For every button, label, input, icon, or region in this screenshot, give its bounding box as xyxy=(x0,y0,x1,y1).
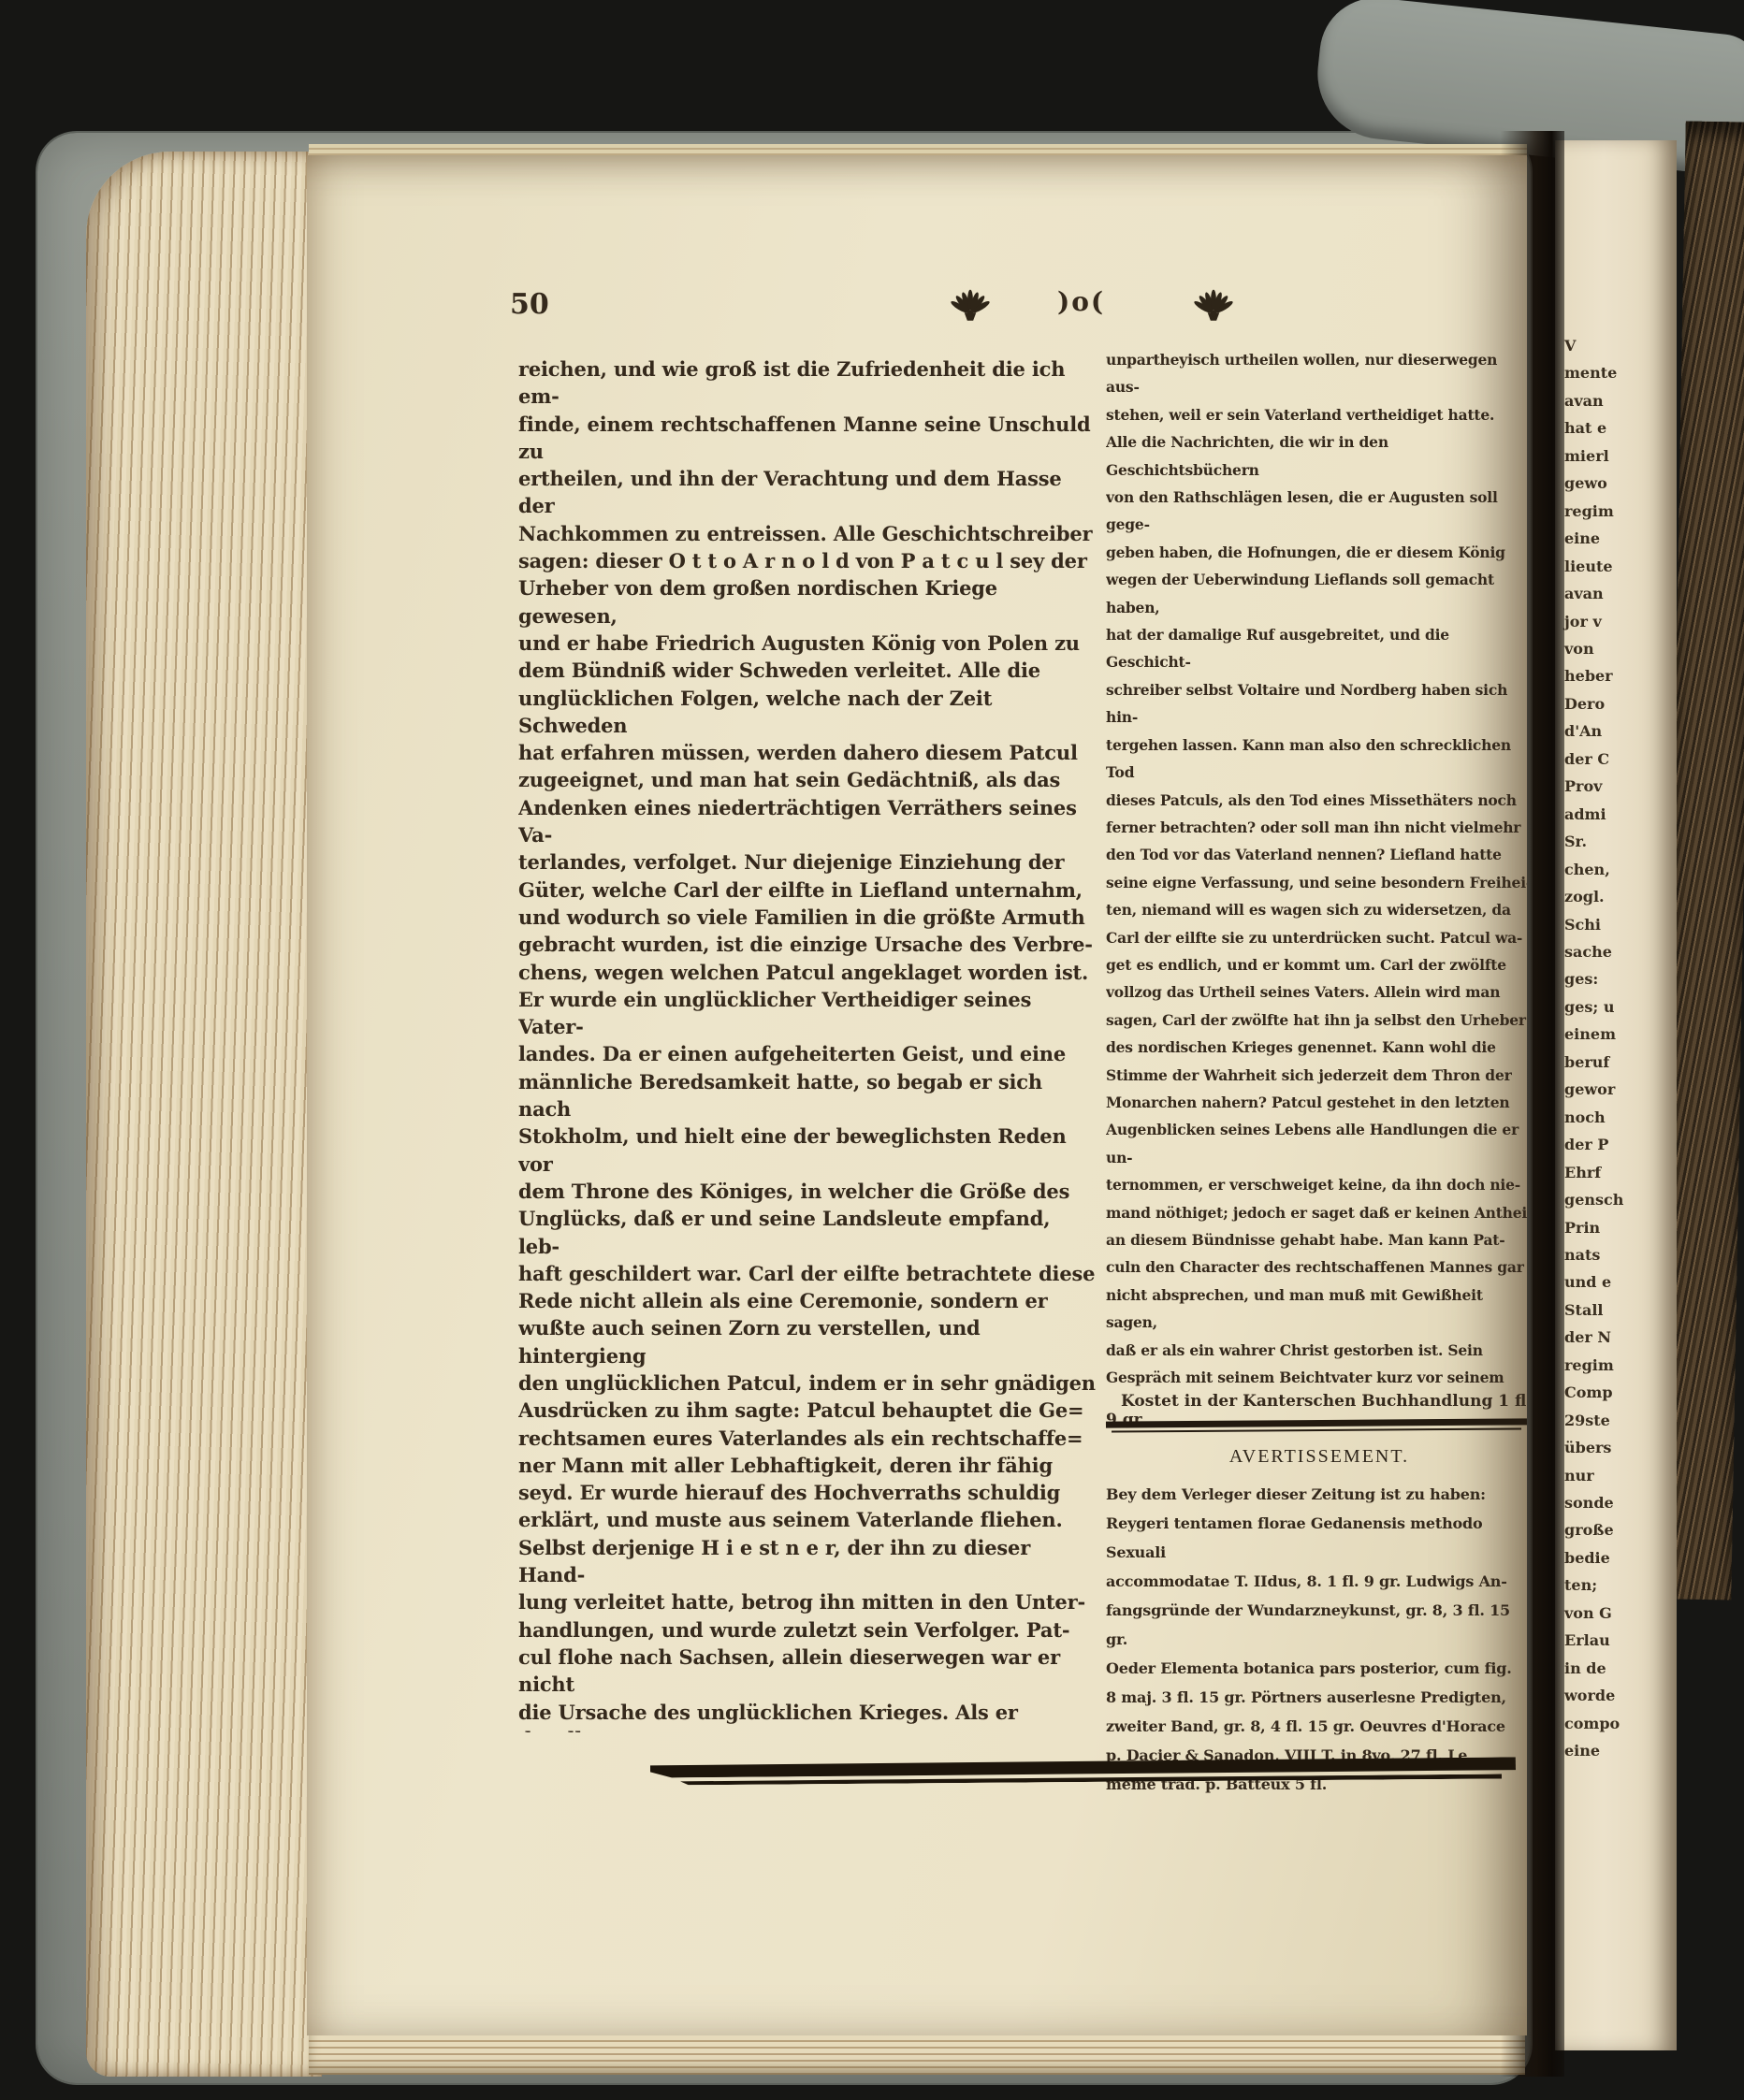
left-fanned-page-edges xyxy=(86,152,322,2077)
shell-ornament-icon xyxy=(951,288,990,326)
divider-thin-line xyxy=(1112,1427,1521,1432)
end-rule-thick-bar xyxy=(650,1757,1516,1777)
left-text-column: reichen, und wie groß ist die Zufriedenh… xyxy=(518,355,1097,1732)
right-text-column: unpartheyisch urtheilen wollen, nur dies… xyxy=(1106,346,1527,1392)
main-page: 50 )o( xyxy=(307,155,1527,2035)
page-number: 50 xyxy=(510,288,549,321)
next-page-sliver: V mente avan hat e mierl gewo regim eine… xyxy=(1555,140,1677,2050)
advertisement-text: Bey dem Verleger dieser Zeitung ist zu h… xyxy=(1106,1480,1527,1799)
next-page-text-fragments: V mente avan hat e mierl gewo regim eine… xyxy=(1564,332,1677,1765)
advertisement-heading: AVERTISSEMENT. xyxy=(1106,1446,1527,1468)
header-separator: )o( xyxy=(1057,286,1105,317)
section-divider-rule xyxy=(1106,1418,1527,1432)
book-photo: V mente avan hat e mierl gewo regim eine… xyxy=(0,0,1744,2100)
shell-ornament-icon xyxy=(1194,288,1233,326)
